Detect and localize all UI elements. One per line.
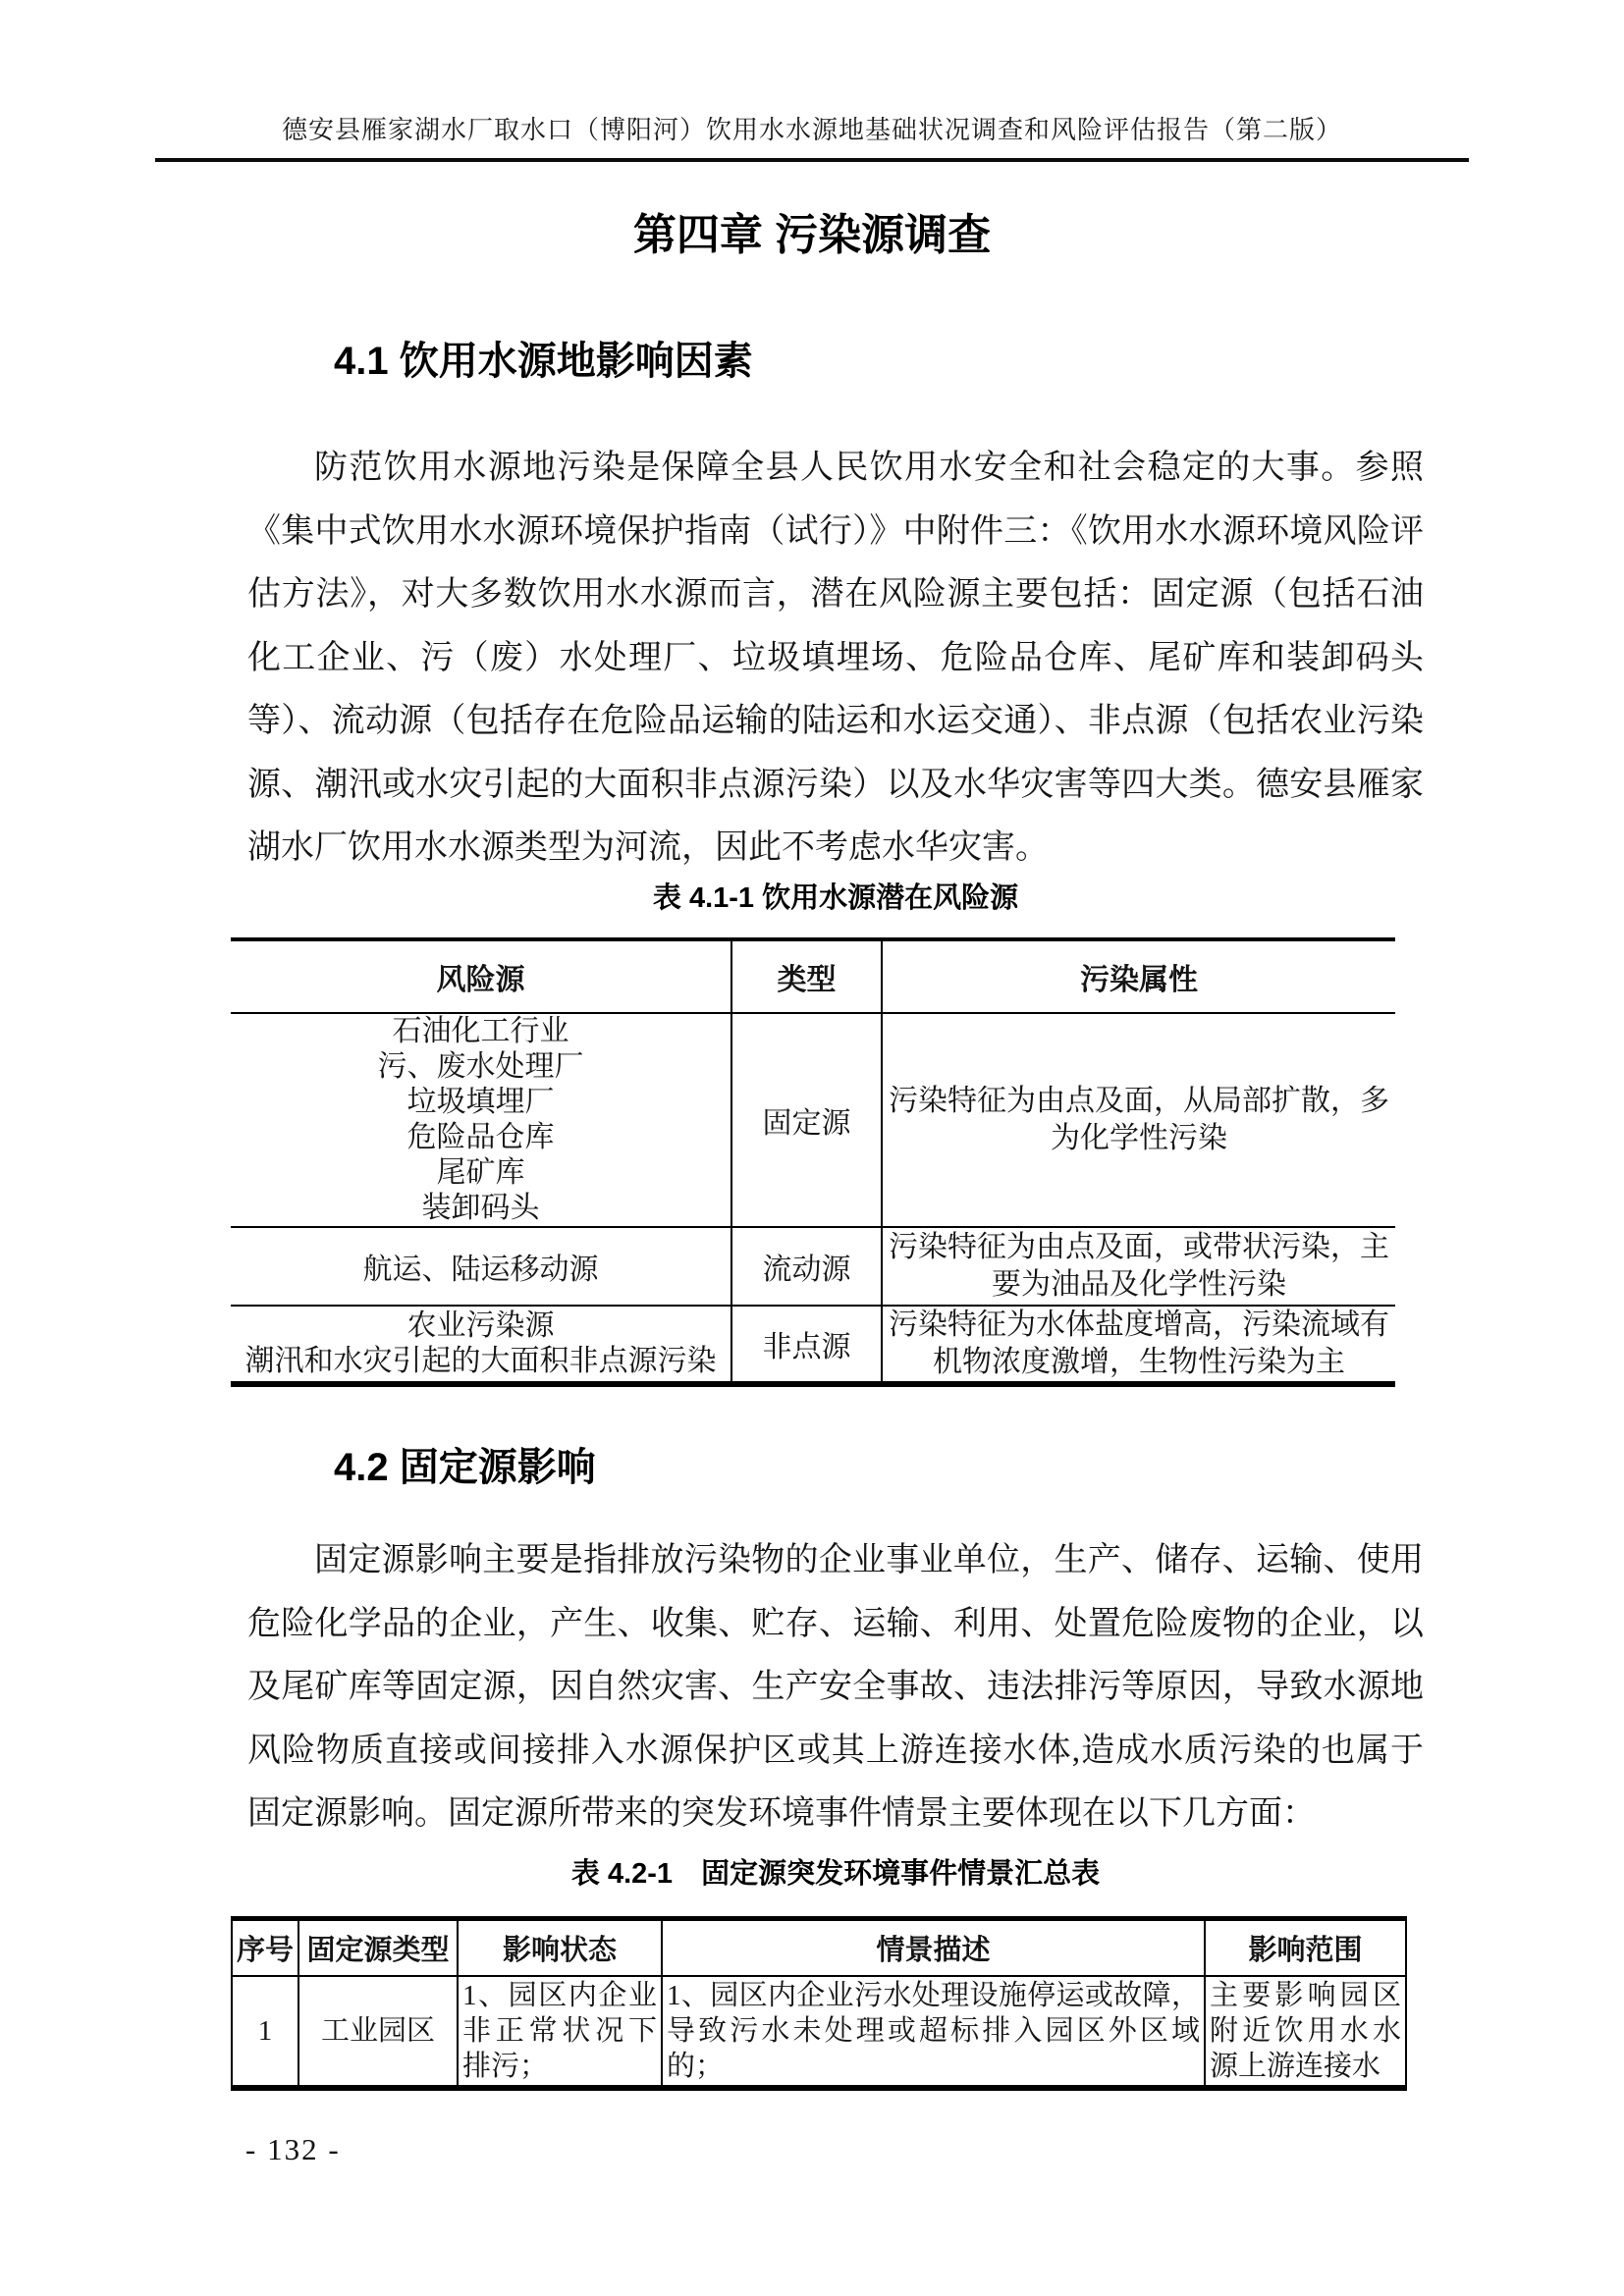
cell-attribute: 污染特征为由点及面，或带状污染，主要为油品及化学性污染 <box>882 1227 1395 1306</box>
cell-risk-source: 石油化工行业 污、废水处理厂 垃圾填埋厂 危险品仓库 尾矿库 装卸码头 <box>231 1013 731 1227</box>
cell-risk-source: 农业污染源 潮汛和水灾引起的大面积非点源污染 <box>231 1306 731 1384</box>
cell-type: 固定源 <box>731 1013 882 1227</box>
table-4-2-1-caption: 表 4.2-1 固定源突发环境事件情景汇总表 <box>247 1851 1424 1892</box>
col-header-fixed-source-type: 固定源类型 <box>298 1919 458 1977</box>
cell-impact-state: 1、园区内企业非正常状况下排污； <box>458 1976 662 2088</box>
cell-type: 流动源 <box>731 1227 882 1306</box>
cell-fixed-source-type: 工业园区 <box>298 1976 458 2088</box>
page-number: - 132 - <box>245 2132 341 2167</box>
col-header-index: 序号 <box>232 1919 298 1977</box>
table-4-1-1-caption: 表 4.1-1 饮用水源潜在风险源 <box>247 876 1424 916</box>
col-header-impact-state: 影响状态 <box>458 1919 662 1977</box>
cell-scenario: 1、园区内企业污水处理设施停运或故障，导致污水未处理或超标排入园区外区域的； <box>662 1976 1205 2088</box>
cell-attribute: 污染特征为水体盐度增高，污染流域有机物浓度激增，生物性污染为主 <box>882 1306 1395 1384</box>
section-4-2-title: 4.2 固定源影响 <box>334 1436 596 1492</box>
table-row: 航运、陆运移动源 流动源 污染特征为由点及面，或带状污染，主要为油品及化学性污染 <box>231 1227 1395 1306</box>
table-4-2-1: 序号 固定源类型 影响状态 情景描述 影响范围 1 工业园区 1、园区内企业非正… <box>231 1916 1407 2091</box>
col-header-type: 类型 <box>731 939 882 1013</box>
table-4-2-1-header-row: 序号 固定源类型 影响状态 情景描述 影响范围 <box>232 1919 1406 1977</box>
section-4-2-paragraph: 固定源影响主要是指排放污染物的企业事业单位，生产、储存、运输、使用危险化学品的企… <box>247 1529 1424 1846</box>
col-header-pollution-attribute: 污染属性 <box>882 939 1395 1013</box>
section-4-1-paragraph: 防范饮用水源地污染是保障全县人民饮用水安全和社会稳定的大事。参照《集中式饮用水水… <box>247 437 1424 881</box>
table-4-1-1: 风险源 类型 污染属性 石油化工行业 污、废水处理厂 垃圾填埋厂 危险品仓库 尾… <box>231 937 1395 1387</box>
chapter-title: 第四章 污染源调查 <box>0 199 1624 262</box>
document-page: 德安县雁家湖水厂取水口（博阳河）饮用水水源地基础状况调查和风险评估报告（第二版）… <box>0 0 1624 2296</box>
cell-risk-source: 航运、陆运移动源 <box>231 1227 731 1306</box>
table-row: 1 工业园区 1、园区内企业非正常状况下排污； 1、园区内企业污水处理设施停运或… <box>232 1976 1406 2088</box>
col-header-scenario: 情景描述 <box>662 1919 1205 1977</box>
table-4-1-1-header-row: 风险源 类型 污染属性 <box>231 939 1395 1013</box>
cell-type: 非点源 <box>731 1306 882 1384</box>
table-row: 石油化工行业 污、废水处理厂 垃圾填埋厂 危险品仓库 尾矿库 装卸码头 固定源 … <box>231 1013 1395 1227</box>
cell-attribute: 污染特征为由点及面，从局部扩散，多为化学性污染 <box>882 1013 1395 1227</box>
table-row: 农业污染源 潮汛和水灾引起的大面积非点源污染 非点源 污染特征为水体盐度增高，污… <box>231 1306 1395 1384</box>
col-header-risk-source: 风险源 <box>231 939 731 1013</box>
cell-index: 1 <box>232 1976 298 2088</box>
col-header-impact-scope: 影响范围 <box>1205 1919 1406 1977</box>
running-header: 德安县雁家湖水厂取水口（博阳河）饮用水水源地基础状况调查和风险评估报告（第二版） <box>155 110 1469 162</box>
cell-impact-scope: 主要影响园区附近饮用水水源上游连接水 <box>1205 1976 1406 2088</box>
section-4-1-title: 4.1 饮用水源地影响因素 <box>334 330 753 386</box>
